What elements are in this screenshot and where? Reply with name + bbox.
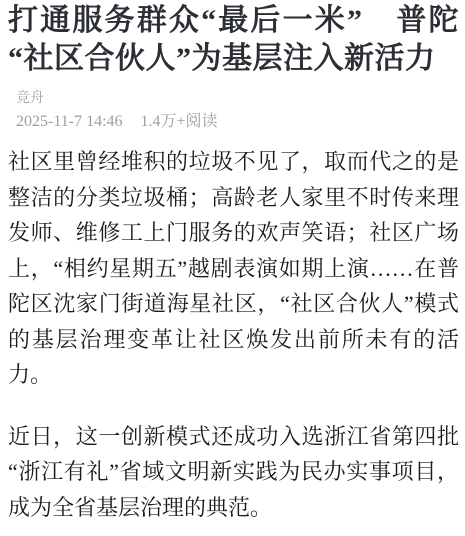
article-meta: 竞舟 2025-11-7 14:46 1.4万+阅读 bbox=[16, 90, 459, 132]
article-paragraph-2: 近日，这一创新模式还成功入选浙江省第四批“浙江有礼”省域文明新实践为民办实事项目… bbox=[8, 419, 459, 526]
article-author: 竞舟 bbox=[16, 90, 459, 108]
article-paragraph-1: 社区里曾经堆积的垃圾不见了，取而代之的是整洁的分类垃圾桶；高龄老人家里不时传来理… bbox=[8, 144, 459, 393]
article-publish-date: 2025-11-7 14:46 bbox=[16, 113, 123, 130]
article-meta-row: 2025-11-7 14:46 1.4万+阅读 bbox=[16, 112, 459, 132]
article-read-count: 1.4万+阅读 bbox=[141, 113, 218, 130]
article-page: 打通服务群众“最后一米” 普陀“社区合伙人”为基层注入新活力 竞舟 2025-1… bbox=[0, 0, 465, 536]
article-body: 社区里曾经堆积的垃圾不见了，取而代之的是整洁的分类垃圾桶；高龄老人家里不时传来理… bbox=[8, 144, 459, 525]
article-title: 打通服务群众“最后一米” 普陀“社区合伙人”为基层注入新活力 bbox=[8, 2, 459, 78]
